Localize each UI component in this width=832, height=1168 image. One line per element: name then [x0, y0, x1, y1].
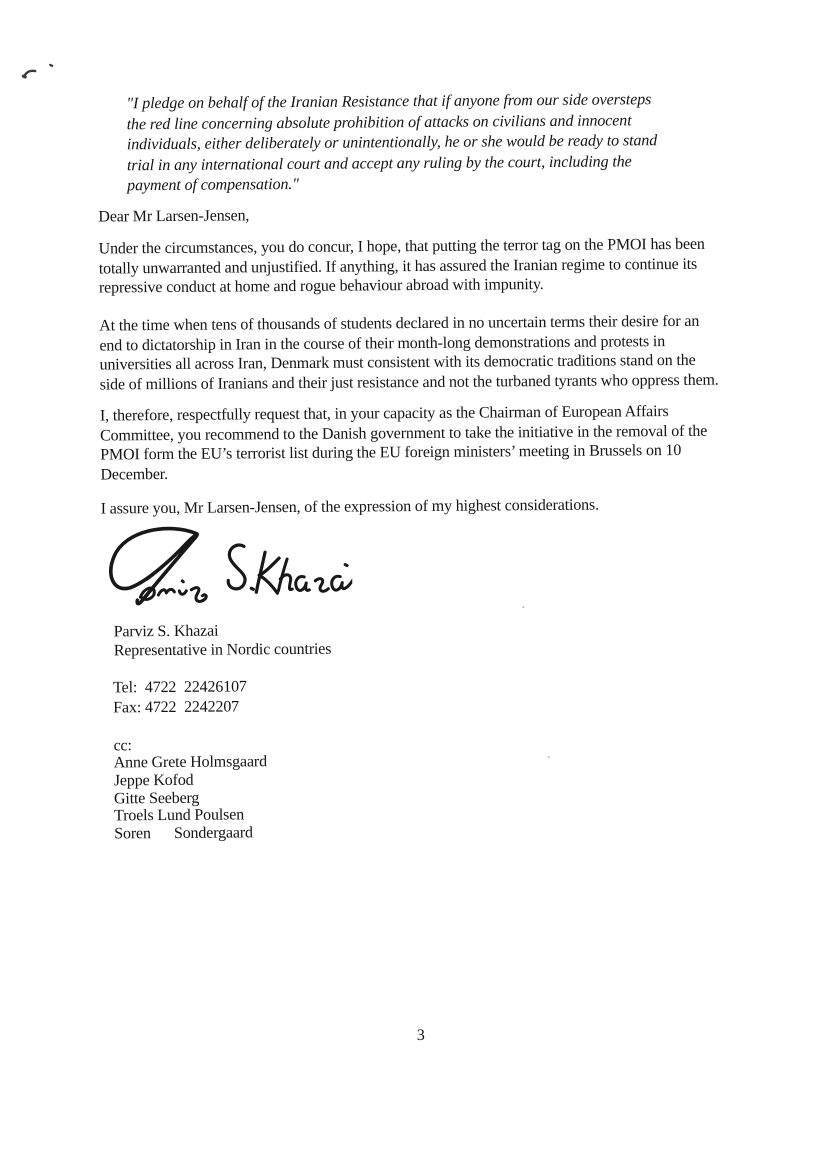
paragraph-line: repressive conduct at home and rogue beh… [99, 274, 705, 298]
cc-name: Anne Grete Holmsgaard [114, 753, 267, 772]
salutation: Dear Mr Larsen-Jensen, [98, 206, 249, 227]
body-paragraph-1: Under the circumstances, you do concur, … [99, 235, 706, 298]
scan-speck [548, 756, 550, 758]
scan-speck [522, 606, 524, 608]
closing-line: I assure you, Mr Larsen-Jensen, of the e… [101, 496, 599, 519]
scanned-letter-page: "I pledge on behalf of the Iranian Resis… [0, 0, 832, 1168]
signature-image [97, 525, 353, 617]
signer-block: Parviz S. Khazai Representative in Nordi… [114, 622, 332, 661]
fax-line: Fax: 4722 2242207 [113, 697, 247, 718]
cc-name: Jeppe Kofod [114, 771, 267, 790]
opening-quote: "I pledge on behalf of the Iranian Resis… [126, 90, 657, 197]
quote-line: trial in any international court and acc… [127, 152, 657, 177]
cc-name: Soren Sondergaard [114, 824, 267, 843]
body-paragraph-2: At the time when tens of thousands of st… [99, 312, 719, 395]
tel-line: Tel: 4722 22426107 [113, 677, 247, 698]
cc-name: Gitte Seeberg [114, 789, 267, 808]
quote-line: payment of compensation." [127, 172, 657, 197]
signer-title: Representative in Nordic countries [114, 640, 332, 660]
contact-block: Tel: 4722 22426107 Fax: 4722 2242207 [113, 677, 247, 717]
signer-name: Parviz S. Khazai [114, 622, 332, 642]
scan-content: "I pledge on behalf of the Iranian Resis… [0, 0, 832, 1168]
scan-speck [583, 100, 585, 102]
paragraph-line: I assure you, Mr Larsen-Jensen, of the e… [101, 496, 599, 519]
cc-list: Anne Grete HolmsgaardJeppe KofodGitte Se… [114, 753, 268, 843]
page-number: 3 [401, 1027, 441, 1045]
body-paragraph-3: I, therefore, respectfully request that,… [100, 402, 708, 485]
cc-label: cc: [113, 736, 131, 756]
pen-mark [17, 55, 62, 83]
cc-name: Troels Lund Poulsen [114, 807, 267, 826]
paragraph-line: side of millions of Iranians and their j… [100, 370, 719, 394]
